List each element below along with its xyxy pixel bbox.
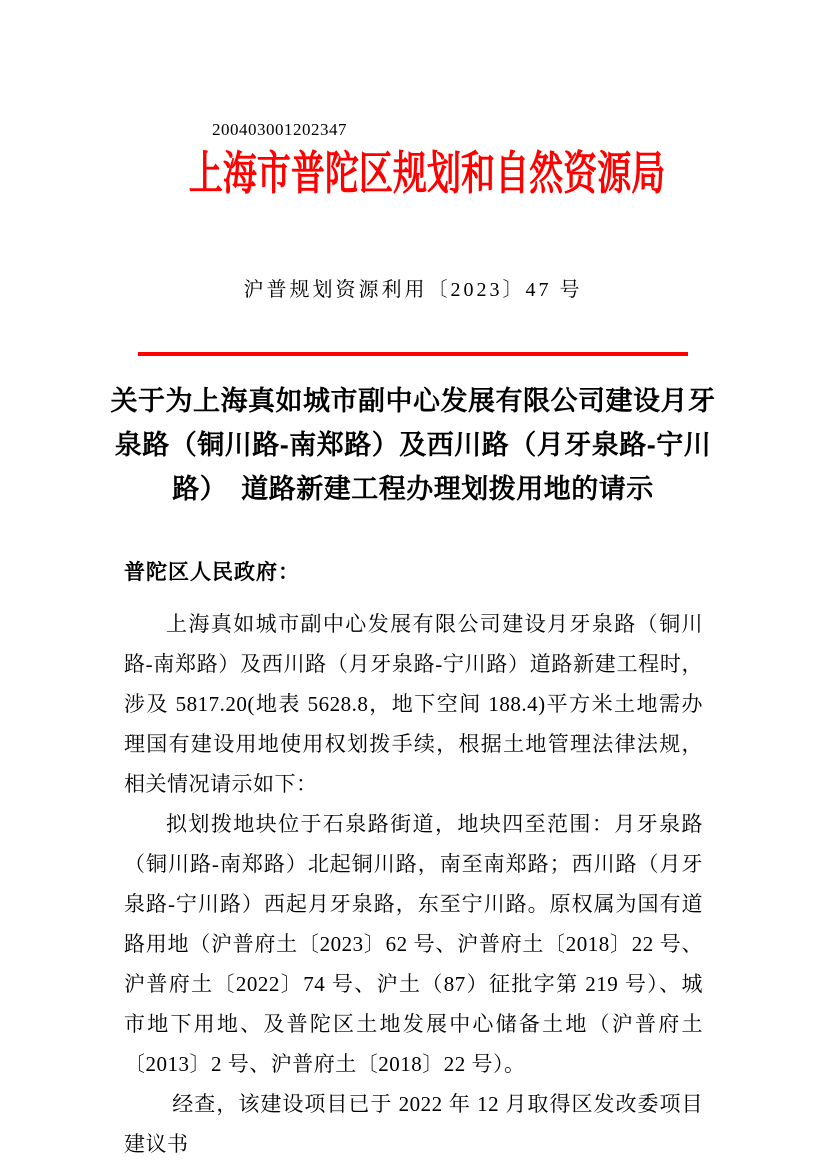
- body-paragraph-3: 经查，该建设项目已于 2022 年 12 月取得区发改委项目建议书: [124, 1084, 703, 1164]
- body-paragraph-1: 上海真如城市副中心发展有限公司建设月牙泉路（铜川路-南郑路）及西川路（月牙泉路-…: [124, 604, 703, 804]
- document-title-line-3: 路） 道路新建工程办理划拨用地的请示: [56, 467, 770, 511]
- document-title-line-1: 关于为上海真如城市副中心发展有限公司建设月牙: [56, 379, 770, 423]
- doc-reference-number: 沪普规划资源利用〔2023〕47 号: [0, 277, 826, 303]
- document-page: 200403001202347 上海市普陀区规划和自然资源局 沪普规划资源利用〔…: [0, 0, 826, 1169]
- addressee-line: 普陀区人民政府：: [124, 558, 703, 604]
- document-title-line-2: 泉路（铜川路-南郑路）及西川路（月牙泉路-宁川: [56, 423, 770, 467]
- serial-number: 200403001202347: [212, 120, 347, 140]
- red-divider-line: [138, 352, 688, 356]
- document-title: 关于为上海真如城市副中心发展有限公司建设月牙 泉路（铜川路-南郑路）及西川路（月…: [56, 379, 770, 511]
- body-paragraph-2: 拟划拨地块位于石泉路街道，地块四至范围：月牙泉路（铜川路-南郑路）北起铜川路，南…: [124, 804, 703, 1084]
- agency-letterhead-title: 上海市普陀区规划和自然资源局: [121, 149, 732, 199]
- document-body: 普陀区人民政府： 上海真如城市副中心发展有限公司建设月牙泉路（铜川路-南郑路）及…: [124, 558, 703, 1164]
